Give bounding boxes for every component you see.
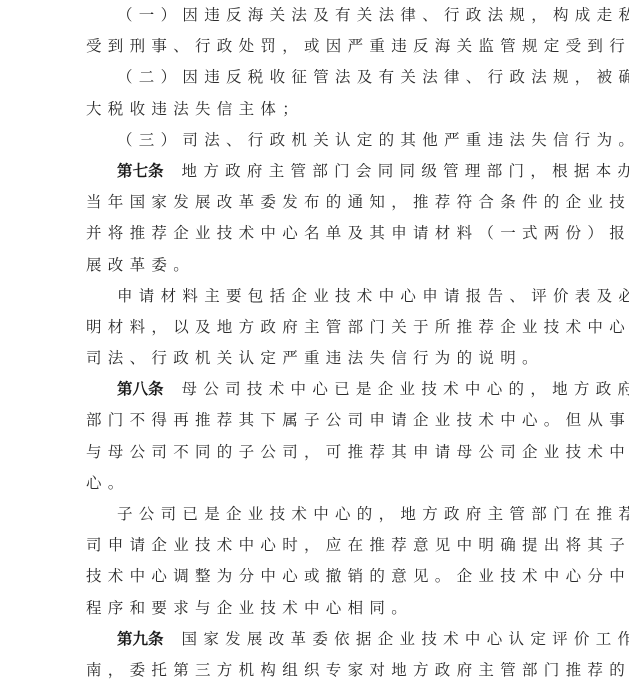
document-page: （一）因违反海关法及有关法律、行政法规，构成走私行为， 受到刑事、行政处罚，或因… xyxy=(86,0,548,680)
line-text: 司法、行政机关认定严重违法失信行为的说明。 xyxy=(86,349,544,367)
text-line: 心。 xyxy=(86,468,548,499)
line-text: 与母公司不同的子公司，可推荐其申请母公司企业技术中心分中 xyxy=(86,443,629,461)
line-text: 子公司已是企业技术中心的，地方政府主管部门在推荐其母公 xyxy=(117,505,629,523)
text-line: 南，委托第三方机构组织专家对地方政府主管部门推荐的企业技术 xyxy=(86,655,548,680)
text-line: 子公司已是企业技术中心的，地方政府主管部门在推荐其母公 xyxy=(86,499,548,530)
article-title: 第八条 xyxy=(117,380,164,398)
text-line: （三）司法、行政机关认定的其他严重违法失信行为。 xyxy=(86,125,548,156)
line-text: 母公司技术中心已是企业技术中心的，地方政府主管 xyxy=(182,380,629,398)
line-text: 心。 xyxy=(86,474,130,492)
line-text: 部门不得再推荐其下属子公司申请企业技术中心。但从事业务领域 xyxy=(86,411,629,429)
text-line: 部门不得再推荐其下属子公司申请企业技术中心。但从事业务领域 xyxy=(86,405,548,436)
article-8-heading-line: 第八条母公司技术中心已是企业技术中心的，地方政府主管 xyxy=(86,374,548,405)
text-line: 明材料，以及地方政府主管部门关于所推荐企业技术中心是否存在 xyxy=(86,312,548,343)
text-line: 申请材料主要包括企业技术中心申请报告、评价表及必要的证 xyxy=(86,281,548,312)
text-line: 程序和要求与企业技术中心相同。 xyxy=(86,593,548,624)
text-line: 司申请企业技术中心时，应在推荐意见中明确提出将其子公司企业 xyxy=(86,530,548,561)
line-text: 申请材料主要包括企业技术中心申请报告、评价表及必要的证 xyxy=(117,287,629,305)
text-line: 技术中心调整为分中心或撤销的意见。企业技术中心分中心的申请 xyxy=(86,561,548,592)
line-text: 南，委托第三方机构组织专家对地方政府主管部门推荐的企业技术 xyxy=(86,661,629,679)
line-text: 并将推荐企业技术中心名单及其申请材料（一式两份）报送国家发 xyxy=(86,224,629,242)
line-text: 当年国家发展改革委发布的通知，推荐符合条件的企业技术中心， xyxy=(86,193,629,211)
text-line: 当年国家发展改革委发布的通知，推荐符合条件的企业技术中心， xyxy=(86,187,548,218)
line-text: 技术中心调整为分中心或撤销的意见。企业技术中心分中心的申请 xyxy=(86,567,629,585)
line-text: 明材料，以及地方政府主管部门关于所推荐企业技术中心是否存在 xyxy=(86,318,629,336)
text-line: 展改革委。 xyxy=(86,250,548,281)
line-text: 受到刑事、行政处罚，或因严重违反海关监管规定受到行政处罚； xyxy=(86,37,629,55)
line-text: 地方政府主管部门会同同级管理部门，根据本办法及 xyxy=(182,162,629,180)
article-9-heading-line: 第九条国家发展改革委依据企业技术中心认定评价工作指 xyxy=(86,624,548,655)
line-text: 司申请企业技术中心时，应在推荐意见中明确提出将其子公司企业 xyxy=(86,536,629,554)
line-text: 国家发展改革委依据企业技术中心认定评价工作指 xyxy=(182,630,629,648)
text-line: 与母公司不同的子公司，可推荐其申请母公司企业技术中心分中 xyxy=(86,437,548,468)
text-line: 司法、行政机关认定严重违法失信行为的说明。 xyxy=(86,343,548,374)
line-text: （三）司法、行政机关认定的其他严重违法失信行为。 xyxy=(117,131,629,149)
article-title: 第九条 xyxy=(117,630,164,648)
article-7-heading-line: 第七条地方政府主管部门会同同级管理部门，根据本办法及 xyxy=(86,156,548,187)
text-line: 并将推荐企业技术中心名单及其申请材料（一式两份）报送国家发 xyxy=(86,218,548,249)
text-line: 受到刑事、行政处罚，或因严重违反海关监管规定受到行政处罚； xyxy=(86,31,548,62)
text-line: （二）因违反税收征管法及有关法律、行政法规，被确定为重 xyxy=(86,62,548,93)
line-text: 展改革委。 xyxy=(86,256,195,274)
line-text: （一）因违反海关法及有关法律、行政法规，构成走私行为， xyxy=(117,6,629,24)
article-title: 第七条 xyxy=(117,162,164,180)
text-line: （一）因违反海关法及有关法律、行政法规，构成走私行为， xyxy=(86,0,548,31)
line-text: 程序和要求与企业技术中心相同。 xyxy=(86,599,413,617)
line-text: （二）因违反税收征管法及有关法律、行政法规，被确定为重 xyxy=(117,68,629,86)
text-line: 大税收违法失信主体； xyxy=(86,94,548,125)
line-text: 大税收违法失信主体； xyxy=(86,100,304,118)
